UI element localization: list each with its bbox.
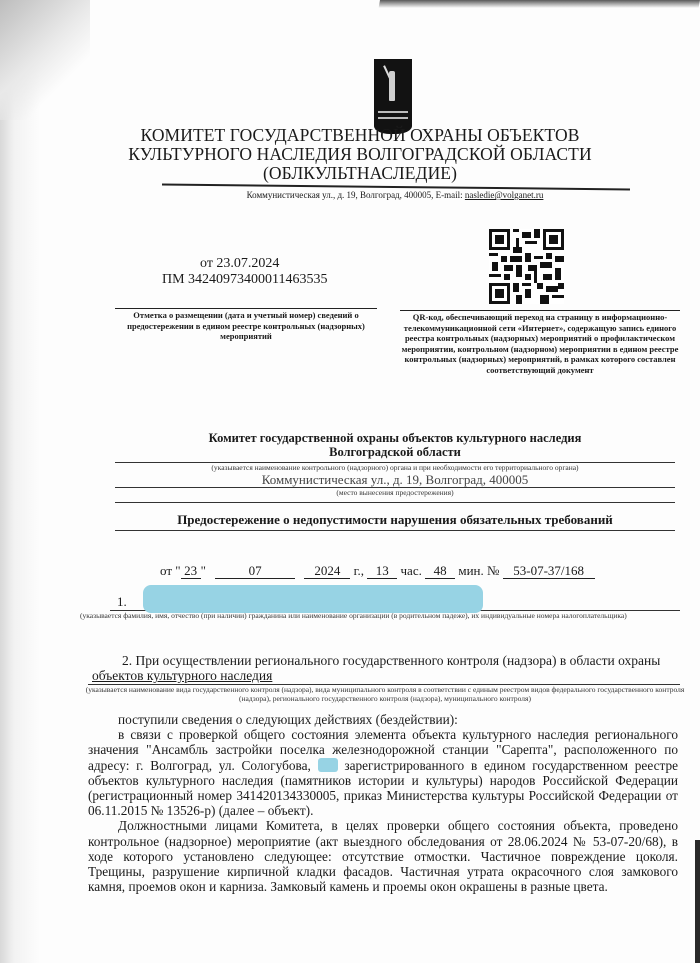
address-text: Коммунистическая ул., д. 19, Волгоград, …	[247, 190, 465, 200]
email-link[interactable]: nasledie@volganet.ru	[465, 190, 544, 200]
date-year: 2024	[304, 564, 350, 579]
hour-label: час.	[401, 563, 422, 578]
coat-of-arms-icon	[374, 59, 412, 134]
emblem-stripe	[378, 111, 408, 113]
authority-name-line: Волгоградской области	[115, 445, 675, 459]
organization-title: КОМИТЕТ ГОСУДАРСТВЕННОЙ ОХРАНЫ ОБЪЕКТОВ …	[120, 126, 600, 183]
letterhead-address: Коммунистическая ул., д. 19, Волгоград, …	[160, 190, 630, 200]
org-title-line: (ОБЛКУЛЬТНАСЛЕДИЕ)	[120, 164, 600, 183]
page-fold-shadow	[0, 0, 90, 120]
scan-edge-shadow-right	[695, 840, 700, 963]
section-2-line: 2. При осуществлении регионального госуд…	[92, 653, 682, 668]
qr-caption: QR-код, обеспечивающий переход на страни…	[395, 312, 685, 376]
emblem-stripe	[378, 117, 408, 119]
section-1-hint: (указывается фамилия, имя, отчество (при…	[80, 611, 680, 620]
divider	[400, 310, 680, 311]
document-date-row: от "23" 07 2024 г., 13 час. 48 мин. № 53…	[160, 563, 595, 579]
body-intro: поступили сведения о следующих действиях…	[88, 712, 678, 727]
date-prefix: от "	[160, 563, 181, 578]
org-title-line: КУЛЬТУРНОГО НАСЛЕДИЯ ВОЛГОГРАДСКОЙ ОБЛАС…	[120, 145, 600, 164]
body-paragraph: в связи с проверкой общего состояния эле…	[88, 727, 678, 818]
document-body: поступили сведения о следующих действиях…	[88, 712, 678, 894]
date-quote: "	[201, 563, 206, 578]
date-day: 23	[181, 564, 201, 579]
registry-date: от 23.07.2024	[200, 256, 279, 272]
redacted-house-number	[318, 758, 338, 772]
scan-edge-shadow	[379, 0, 700, 8]
registry-caption: Отметка о размещении (дата и учетный ном…	[112, 310, 380, 342]
field-line	[115, 502, 675, 503]
body-paragraph: Должностными лицами Комитета, в целях пр…	[88, 818, 678, 894]
time-minute: 48	[425, 564, 455, 579]
time-hour: 13	[367, 564, 397, 579]
year-label: г.,	[354, 563, 364, 578]
document-number: 53-07-37/168	[503, 564, 595, 579]
control-type: объектов культурного наследия	[92, 668, 272, 683]
number-label: мин. №	[458, 563, 499, 578]
statue-glyph	[389, 71, 395, 101]
section-1-label: 1.	[117, 594, 127, 610]
org-title-line: КОМИТЕТ ГОСУДАРСТВЕННОЙ ОХРАНЫ ОБЪЕКТОВ	[120, 126, 600, 145]
authority-hint: (указывается наименование контрольного (…	[115, 463, 675, 472]
registry-number: ПМ 34240973400011463535	[162, 272, 328, 288]
field-line	[115, 530, 675, 531]
section-2-hint: (указывается наименование вида государст…	[80, 685, 690, 703]
issue-place: Коммунистическая ул., д. 19, Волгоград, …	[115, 472, 675, 488]
authority-name-line: Комитет государственной охраны объектов …	[115, 431, 675, 445]
redacted-name-block	[143, 585, 483, 613]
authority-name: Комитет государственной охраны объектов …	[115, 431, 675, 459]
section-2-text: 2. При осуществлении регионального госуд…	[92, 653, 682, 683]
qr-code-icon[interactable]	[489, 229, 564, 304]
divider	[115, 308, 377, 309]
document-title: Предостережение о недопустимости нарушен…	[115, 512, 675, 528]
date-month: 07	[215, 564, 295, 579]
place-hint: (место вынесения предостережения)	[115, 488, 675, 497]
